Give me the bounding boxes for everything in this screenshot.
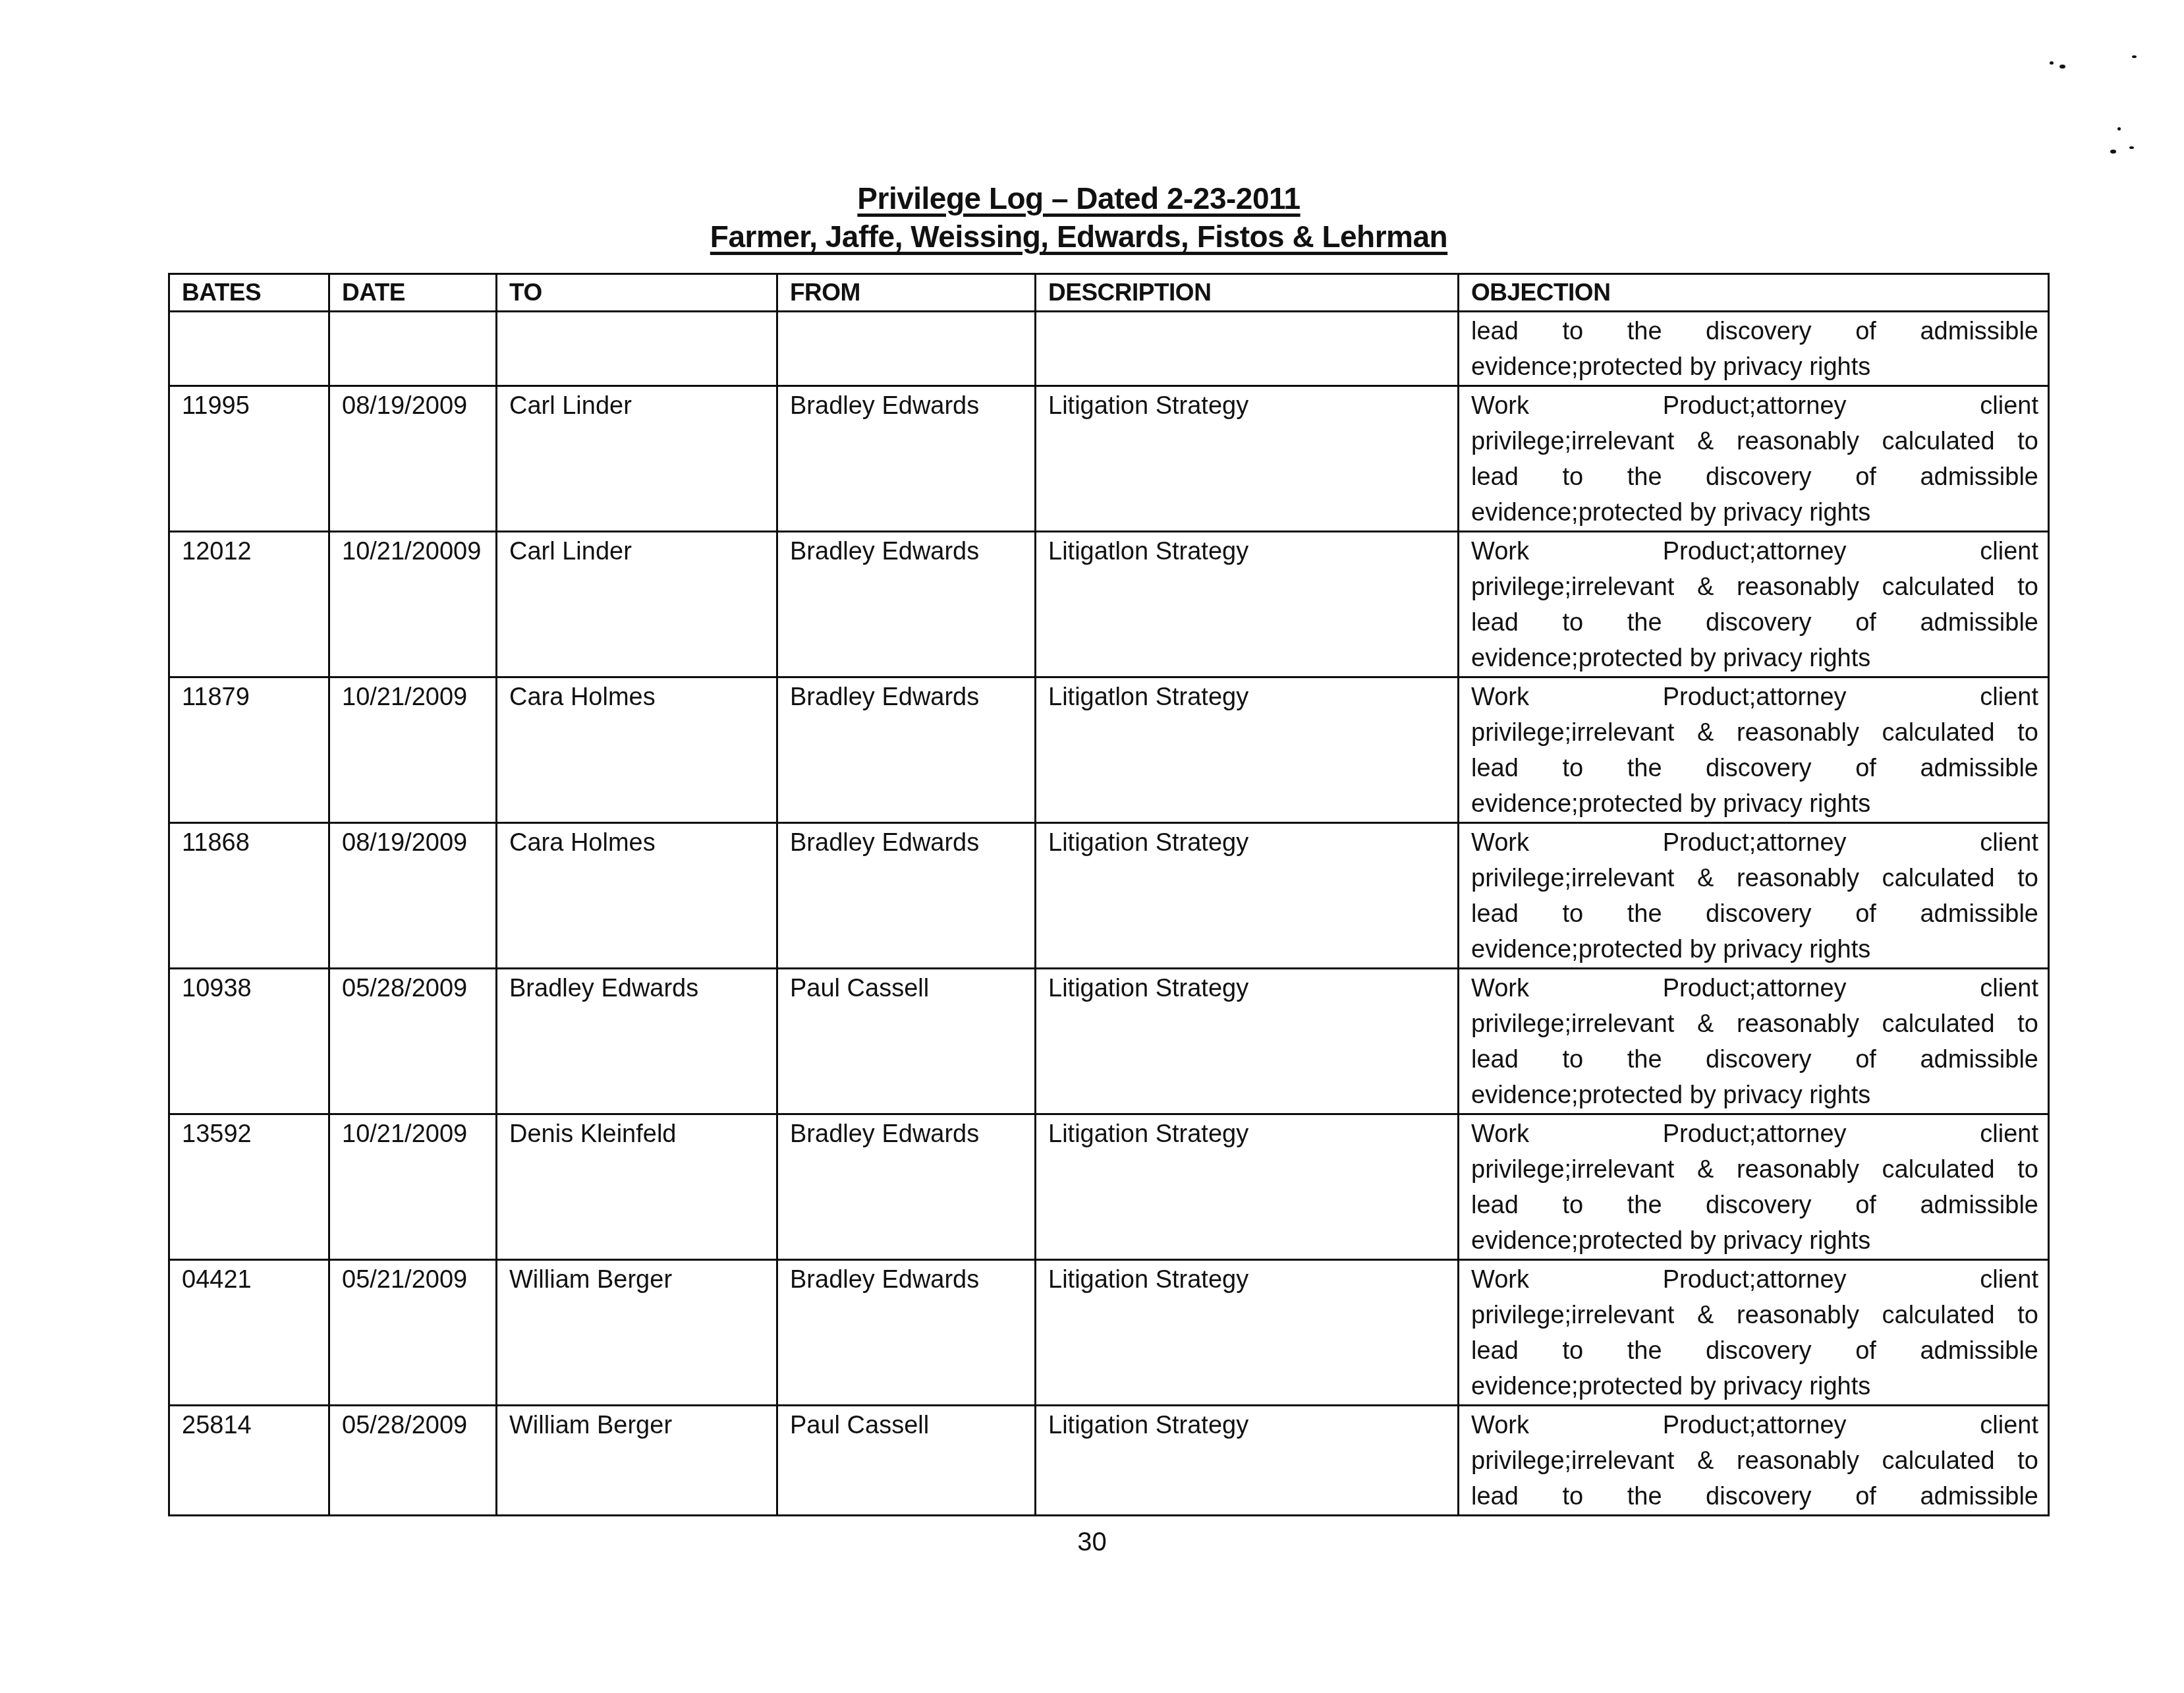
objection-line: Work Product;attorney client bbox=[1471, 971, 2038, 1006]
scan-speck bbox=[2059, 65, 2065, 69]
date-cell: 10/21/20009 bbox=[329, 532, 497, 677]
objection-line: privilege;irrelevant & reasonably calcul… bbox=[1471, 1006, 2038, 1042]
objection-line: evidence;protected by privacy rights bbox=[1471, 1077, 2038, 1113]
objection-line: evidence;protected by privacy rights bbox=[1471, 786, 2038, 822]
column-header-description: DESCRIPTION bbox=[1036, 274, 1459, 312]
document-header: Privilege Log – Dated 2-23-2011 Farmer, … bbox=[0, 179, 2184, 256]
objection-line: lead to the discovery of admissible bbox=[1471, 1188, 2038, 1223]
column-header-from: FROM bbox=[777, 274, 1036, 312]
objection-line: lead to the discovery of admissible bbox=[1471, 1333, 2038, 1369]
objection-line: Work Product;attorney client bbox=[1471, 1116, 2038, 1152]
objection-line: Work Product;attorney client bbox=[1471, 1262, 2038, 1298]
table-row: 1199508/19/2009Carl LinderBradley Edward… bbox=[169, 386, 2049, 532]
objection-line: privilege;irrelevant & reasonably calcul… bbox=[1471, 1298, 2038, 1333]
from-cell: Paul Cassell bbox=[777, 969, 1036, 1114]
date-cell: 05/28/2009 bbox=[329, 1406, 497, 1516]
objection-line: lead to the discovery of admissible bbox=[1471, 605, 2038, 641]
objection-cell: Work Product;attorney clientprivilege;ir… bbox=[1459, 1114, 2049, 1260]
table-row: 1359210/21/2009Denis KleinfeldBradley Ed… bbox=[169, 1114, 2049, 1260]
column-header-date: DATE bbox=[329, 274, 497, 312]
table-row: 2581405/28/2009William BergerPaul Cassel… bbox=[169, 1406, 2049, 1516]
objection-line: lead to the discovery of admissible bbox=[1471, 1479, 2038, 1514]
scan-speck bbox=[2132, 55, 2137, 58]
objection-line: privilege;irrelevant & reasonably calcul… bbox=[1471, 1152, 2038, 1188]
description-cell: Litigation Strategy bbox=[1036, 823, 1459, 969]
table-body: lead to the discovery of admissible evid… bbox=[169, 312, 2049, 1516]
column-header-objection: OBJECTION bbox=[1459, 274, 2049, 312]
objection-line: evidence;protected by privacy rights bbox=[1471, 641, 2038, 676]
from-cell: Bradley Edwards bbox=[777, 1260, 1036, 1406]
column-header-to: TO bbox=[497, 274, 777, 312]
objection-line: evidence;protected by privacy rights bbox=[1471, 932, 2038, 967]
from-cell: Bradley Edwards bbox=[777, 532, 1036, 677]
page-number: 30 bbox=[0, 1528, 2184, 1557]
objection-cell: Work Product;attorney clientprivilege;ir… bbox=[1459, 532, 2049, 677]
objection-line: privilege;irrelevant & reasonably calcul… bbox=[1471, 569, 2038, 605]
bates-cell: 11879 bbox=[169, 677, 329, 823]
description-cell: Litigation Strategy bbox=[1036, 1406, 1459, 1516]
from-cell: Paul Cassell bbox=[777, 1406, 1036, 1516]
objection-line: evidence;protected by privacy rights bbox=[1471, 1369, 2038, 1404]
table-row: 0442105/21/2009William BergerBradley Edw… bbox=[169, 1260, 2049, 1406]
date-cell: 10/21/2009 bbox=[329, 677, 497, 823]
column-header-bates: BATES bbox=[169, 274, 329, 312]
objection-line: privilege;irrelevant & reasonably calcul… bbox=[1471, 1443, 2038, 1479]
description-cell: Litigation Strategy bbox=[1036, 386, 1459, 532]
objection-cell: Work Product;attorney clientprivilege;ir… bbox=[1459, 823, 2049, 969]
objection-cell: Work Product;attorney clientprivilege;ir… bbox=[1459, 1406, 2049, 1516]
table-row: 1201210/21/20009Carl LinderBradley Edwar… bbox=[169, 532, 2049, 677]
privilege-log-table: BATES DATE TO FROM DESCRIPTION OBJECTION… bbox=[168, 273, 2050, 1516]
to-cell: Cara Holmes bbox=[497, 677, 777, 823]
to-cell: Carl Linder bbox=[497, 532, 777, 677]
table-row: 1186808/19/2009Cara HolmesBradley Edward… bbox=[169, 823, 2049, 969]
objection-line: lead to the discovery of admissible bbox=[1471, 459, 2038, 495]
objection-line: lead to the discovery of admissible bbox=[1471, 751, 2038, 786]
to-cell: Cara Holmes bbox=[497, 823, 777, 969]
objection-line: privilege;irrelevant & reasonably calcul… bbox=[1471, 424, 2038, 459]
objection-line: evidence;protected by privacy rights bbox=[1471, 349, 2038, 385]
document-title: Privilege Log – Dated 2-23-2011 bbox=[0, 179, 2184, 217]
scan-speck bbox=[2117, 127, 2121, 130]
bates-cell: 10938 bbox=[169, 969, 329, 1114]
scan-speck bbox=[2050, 61, 2054, 65]
objection-cell: Work Product;attorney clientprivilege;ir… bbox=[1459, 386, 2049, 532]
description-cell bbox=[1036, 312, 1459, 386]
from-cell: Bradley Edwards bbox=[777, 677, 1036, 823]
objection-line: privilege;irrelevant & reasonably calcul… bbox=[1471, 715, 2038, 751]
to-cell: Carl Linder bbox=[497, 386, 777, 532]
description-cell: Litigation Strategy bbox=[1036, 1114, 1459, 1260]
description-cell: Litigatlon Strategy bbox=[1036, 532, 1459, 677]
from-cell bbox=[777, 312, 1036, 386]
to-cell: William Berger bbox=[497, 1406, 777, 1516]
scan-speck bbox=[2129, 146, 2134, 149]
objection-line: Work Product;attorney client bbox=[1471, 679, 2038, 715]
objection-line: lead to the discovery of admissible bbox=[1471, 1042, 2038, 1077]
bates-cell: 04421 bbox=[169, 1260, 329, 1406]
objection-cell: lead to the discovery of admissible evid… bbox=[1459, 312, 2049, 386]
description-cell: Litigation Strategy bbox=[1036, 1260, 1459, 1406]
objection-cell: Work Product;attorney clientprivilege;ir… bbox=[1459, 969, 2049, 1114]
objection-line: lead to the discovery of admissible bbox=[1471, 896, 2038, 932]
objection-line: Work Product;attorney client bbox=[1471, 825, 2038, 861]
bates-cell: 11868 bbox=[169, 823, 329, 969]
objection-line: Work Product;attorney client bbox=[1471, 388, 2038, 424]
date-cell: 05/28/2009 bbox=[329, 969, 497, 1114]
bates-cell bbox=[169, 312, 329, 386]
date-cell: 08/19/2009 bbox=[329, 386, 497, 532]
table-row: 1093805/28/2009Bradley EdwardsPaul Casse… bbox=[169, 969, 2049, 1114]
bates-cell: 11995 bbox=[169, 386, 329, 532]
objection-line: lead to the discovery of admissible bbox=[1471, 314, 2038, 349]
scan-speck bbox=[2110, 150, 2116, 154]
description-cell: Litigation Strategy bbox=[1036, 969, 1459, 1114]
objection-line: Work Product;attorney client bbox=[1471, 534, 2038, 569]
continuation-row: lead to the discovery of admissible evid… bbox=[169, 312, 2049, 386]
to-cell: William Berger bbox=[497, 1260, 777, 1406]
date-cell bbox=[329, 312, 497, 386]
objection-line: Work Product;attorney client bbox=[1471, 1408, 2038, 1443]
table-row: 1187910/21/2009Cara HolmesBradley Edward… bbox=[169, 677, 2049, 823]
document-subtitle: Farmer, Jaffe, Weissing, Edwards, Fistos… bbox=[0, 217, 2184, 256]
objection-cell: Work Product;attorney clientprivilege;ir… bbox=[1459, 677, 2049, 823]
bates-cell: 13592 bbox=[169, 1114, 329, 1260]
to-cell bbox=[497, 312, 777, 386]
date-cell: 05/21/2009 bbox=[329, 1260, 497, 1406]
to-cell: Bradley Edwards bbox=[497, 969, 777, 1114]
bates-cell: 12012 bbox=[169, 532, 329, 677]
table-header-row: BATES DATE TO FROM DESCRIPTION OBJECTION bbox=[169, 274, 2049, 312]
objection-line: privilege;irrelevant & reasonably calcul… bbox=[1471, 861, 2038, 896]
date-cell: 08/19/2009 bbox=[329, 823, 497, 969]
objection-line: evidence;protected by privacy rights bbox=[1471, 1223, 2038, 1259]
description-cell: Litigatlon Strategy bbox=[1036, 677, 1459, 823]
bates-cell: 25814 bbox=[169, 1406, 329, 1516]
from-cell: Bradley Edwards bbox=[777, 823, 1036, 969]
from-cell: Bradley Edwards bbox=[777, 386, 1036, 532]
to-cell: Denis Kleinfeld bbox=[497, 1114, 777, 1260]
objection-line: evidence;protected by privacy rights bbox=[1471, 495, 2038, 531]
objection-cell: Work Product;attorney clientprivilege;ir… bbox=[1459, 1260, 2049, 1406]
from-cell: Bradley Edwards bbox=[777, 1114, 1036, 1260]
date-cell: 10/21/2009 bbox=[329, 1114, 497, 1260]
